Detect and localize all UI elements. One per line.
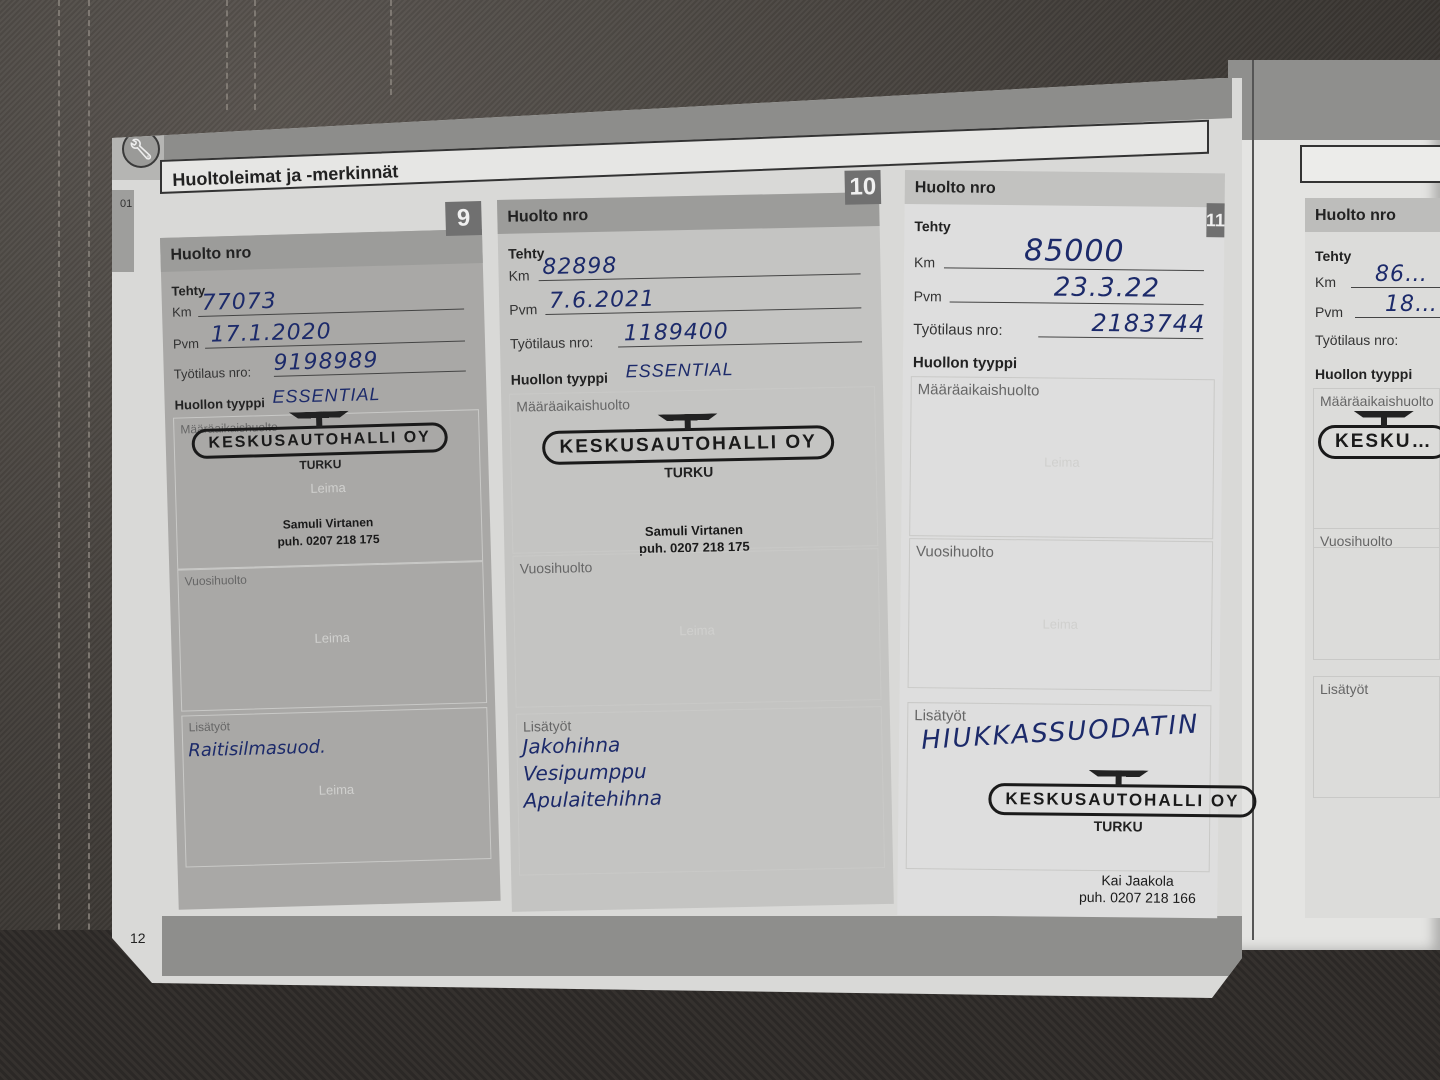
stamp-company: KESKUSAUTOHALLI OY [542,425,834,465]
stamp-placeholder: Leima [909,615,1211,633]
km-value: 82898 [542,253,618,280]
seat-stitching [88,0,90,1080]
work-order-field: Työtilaus nro: 2183744 [913,316,1203,341]
side-tab-label: 01 [120,198,132,210]
right-page-section-box [1300,145,1440,183]
technician-stamp: Kai Jaakola puh. 0207 218 166 [1067,872,1207,907]
service-number-badge: 9 [445,201,482,236]
service-type-value: ESSENTIAL [272,384,381,408]
technician-stamp: Samuli Virtanen puh. 0207 218 175 [228,513,429,553]
seat-stitching [254,0,256,110]
dealer-stamp: KESKUSAUTOHALLI OY TURKU [528,411,849,484]
service-card-11: Huolto nro 11 Tehty Km 85000 Pvm 23.3.22… [897,170,1225,918]
extra-work-label: Lisätyöt [1320,681,1368,697]
service-card-12: Huolto nro Tehty Km 86… Pvm 18… Työtilau… [1305,198,1440,918]
scheduled-service-box: Määräaikaishuolto Leima [909,376,1215,539]
seat-stitching [390,0,392,95]
date-value: 7.6.2021 [549,287,655,314]
date-label: Pvm [1315,304,1343,320]
date-label: Pvm [173,336,199,352]
km-label: Km [1315,274,1336,290]
km-field: Km 86… [1315,268,1440,290]
extra-work-box: Lisätyöt Leima [181,707,491,867]
service-type-label: Huollon tyyppi [174,395,265,413]
card-title: Huolto nro [170,244,251,264]
km-value: 85000 [1024,233,1125,269]
service-type-label: Huollon tyyppi [1315,366,1412,382]
km-value: 77073 [201,289,277,316]
annual-service-box: Vuosihuolto Leima [177,561,487,711]
stamp-placeholder: Leima [180,626,484,649]
stamp-company: KESKUSAUTOHALLI OY [988,783,1256,818]
date-field: Pvm 18… [1315,298,1440,320]
card-header: Huolto nro [497,192,880,234]
footer-bar [162,916,1242,976]
scheduled-service-box: Määräaikaishuolto KESKU… [1313,388,1440,548]
done-label: Tehty [1315,248,1351,264]
extra-work-label: Lisätyöt [914,707,966,725]
annual-service-box: Vuosihuolto [1313,528,1440,660]
seat-stitching [226,0,228,110]
technician-phone: puh. 0207 218 166 [1067,889,1207,907]
date-value: 23.3.22 [1054,273,1161,304]
card-header: Huolto nro [1305,198,1440,232]
stamp-placeholder: Leima [911,453,1213,471]
stamp-placeholder: Leima [176,476,480,499]
stamp-company: KESKU… [1318,425,1440,459]
stamp-placeholder: Leima [184,778,488,801]
dealer-stamp: KESKU… [1318,411,1440,459]
card-title: Huolto nro [1315,207,1396,225]
km-label: Km [914,254,935,270]
date-field: Pvm 17.1.2020 [173,322,466,352]
date-line [1355,317,1440,318]
right-page-header-bar [1228,60,1440,140]
annual-label: Vuosihuolto [1320,533,1393,549]
work-order-value: 2183744 [1091,309,1205,338]
card-title: Huolto nro [915,179,996,198]
service-type-value: ESSENTIAL [625,359,733,382]
service-card-10: Huolto nro 10 Tehty Km 82898 Pvm 7.6.202… [497,192,894,912]
technician-name: Kai Jaakola [1067,872,1207,890]
service-card-9: Huolto nro 9 Tehty Km 77073 Pvm 17.1.202… [160,229,501,910]
work-order-label: Työtilaus nro: [913,321,1002,339]
card-title: Huolto nro [507,207,588,227]
date-label: Pvm [509,301,537,318]
km-value: 86… [1375,262,1428,287]
work-order-value: 9198989 [273,348,379,376]
annual-label: Vuosihuolto [916,543,994,561]
service-type-label: Huollon tyyppi [913,354,1017,372]
km-label: Km [508,267,529,283]
annual-service-box: Vuosihuolto Leima [908,538,1214,691]
work-order-field: Työtilaus nro: 1189400 [510,322,862,351]
done-label: Tehty [914,218,950,234]
scheduled-label: Määräaikaishuolto [516,396,630,414]
annual-label: Vuosihuolto [520,559,593,577]
stamp-company: KESKUSAUTOHALLI OY [191,422,448,459]
work-order-label: Työtilaus nro: [174,365,252,382]
dealer-stamp: KESKUSAUTOHALLI OY TURKU [988,769,1249,836]
service-number-badge: 10 [844,170,881,205]
page-number: 12 [130,930,146,946]
stamp-placeholder: Leima [515,619,879,642]
extra-work-box: Lisätyöt [1313,676,1440,798]
km-line [1351,287,1440,288]
date-value: 18… [1385,292,1438,317]
date-field: Pvm 7.6.2021 [509,288,861,317]
date-field: Pvm 23.3.22 [914,282,1204,307]
extra-work-value: Raitisilmasuod. [188,734,326,765]
date-value: 17.1.2020 [210,319,332,347]
dealer-stamp: KESKUSAUTOHALLI OY TURKU [179,408,461,476]
km-label: Km [172,304,192,320]
card-header: Huolto nro [905,170,1225,207]
work-order-field: Työtilaus nro: 9198989 [173,352,466,382]
extra-work-value: Jakohihna Vesipumppu Apulaitehihna [522,731,662,815]
work-order-label: Työtilaus nro: [1315,332,1398,348]
work-order-label: Työtilaus nro: [510,334,594,352]
extra-work-label: Lisätyöt [188,719,230,734]
seat-stitching [58,0,60,1080]
done-label: Tehty [508,245,545,262]
km-field: Km 77073 [172,290,465,320]
km-field: Km 82898 [508,254,860,283]
km-field: Km 85000 [914,248,1204,273]
annual-service-box: Vuosihuolto Leima [512,548,881,708]
scheduled-label: Määräaikaishuolto [918,381,1040,399]
work-order-value: 1189400 [624,319,729,346]
scheduled-label: Määräaikaishuolto [1320,393,1434,409]
service-type-label: Huollon tyyppi [511,370,609,388]
annual-label: Vuosihuolto [184,573,247,589]
work-order-field: Työtilaus nro: [1315,326,1440,348]
stamp-city: TURKU [988,817,1248,836]
date-label: Pvm [914,288,942,304]
service-number-badge: 11 [1206,203,1224,237]
